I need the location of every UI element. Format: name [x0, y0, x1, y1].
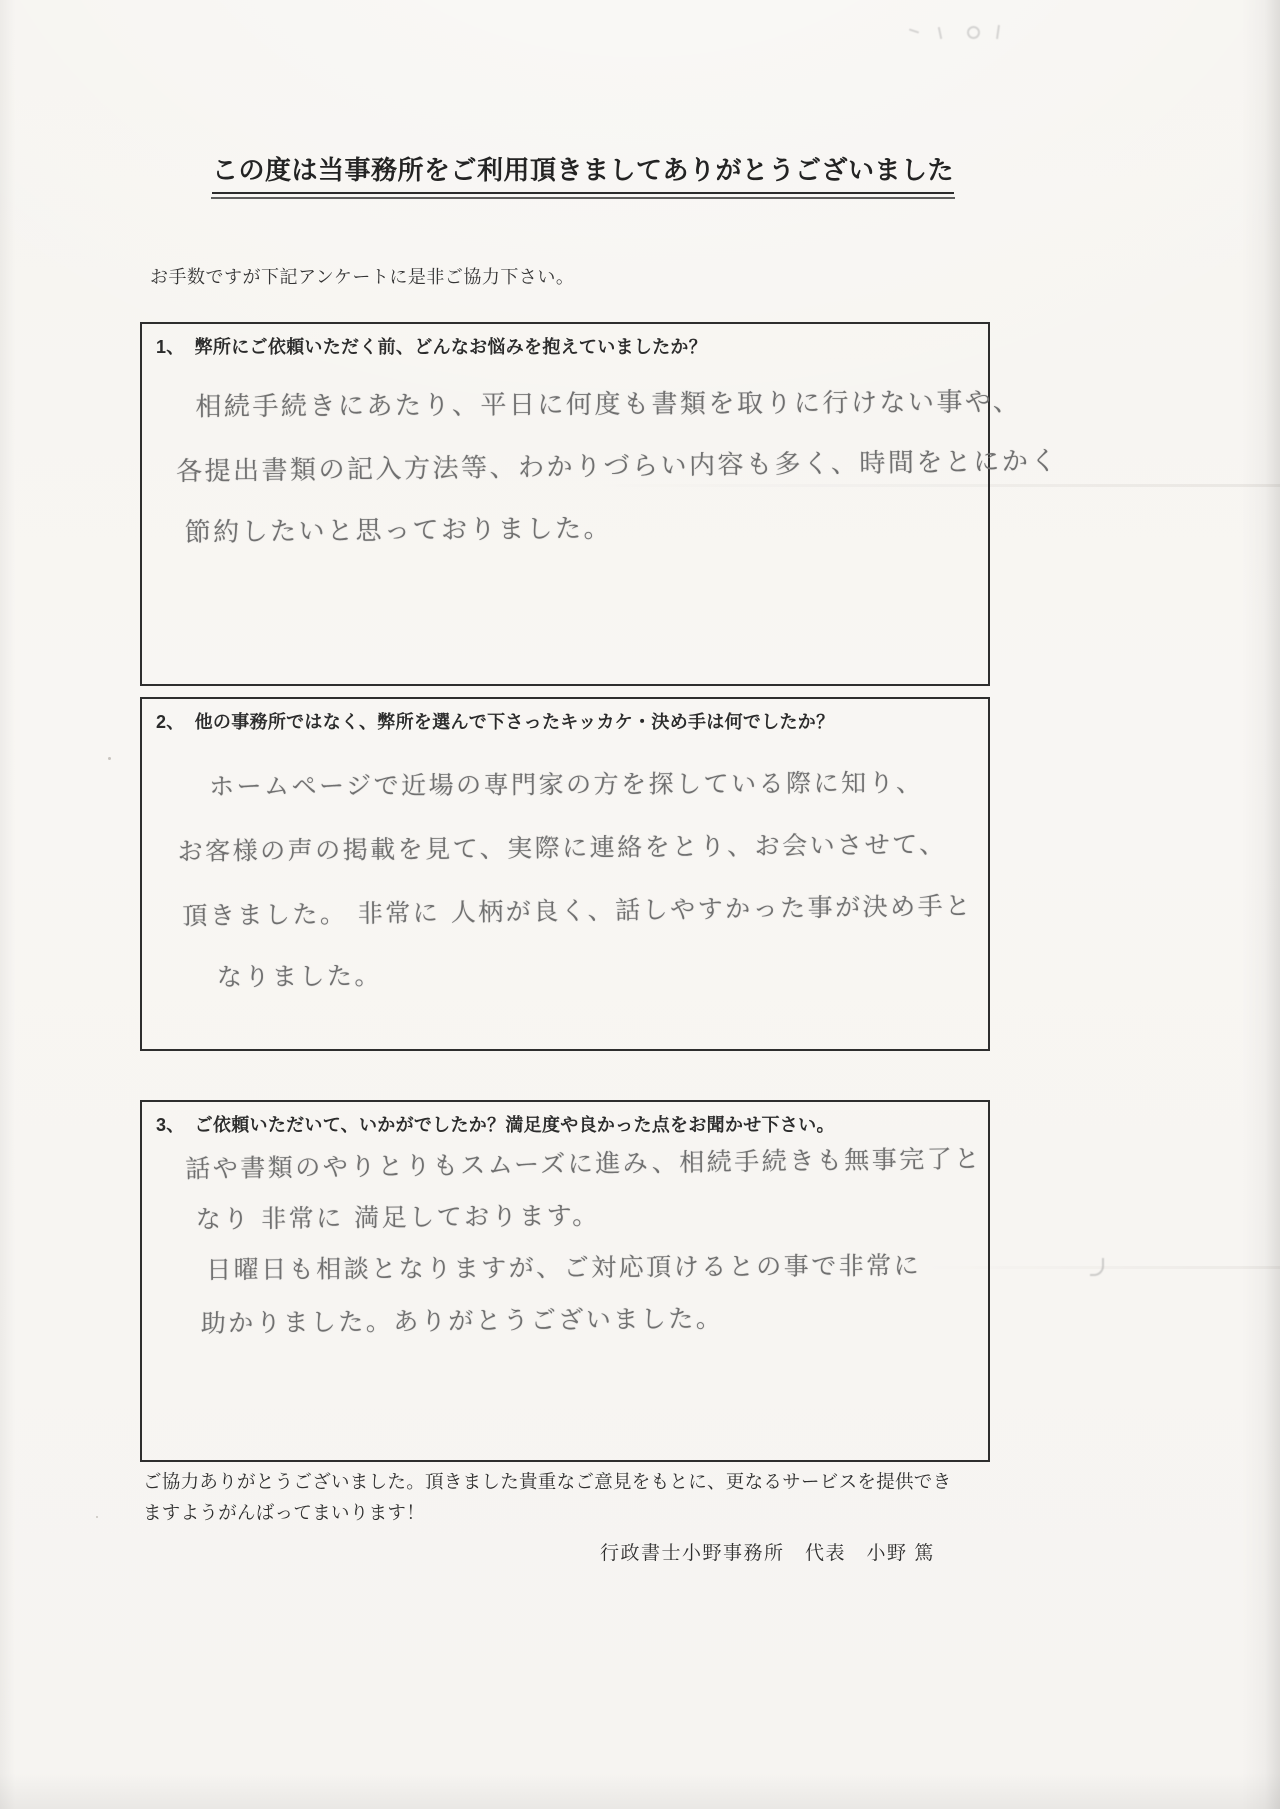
handwritten-answer-3: 話や書類のやりとりもスムーズに進み、相続手続きも無事完了と なり 非常に 満足し… — [167, 1134, 1029, 1350]
scan-speck — [96, 1516, 98, 1518]
closing-note: ご協力ありがとうございました。頂きました貴重なご意見をもとに、更なるサービスを提… — [143, 1466, 1013, 1528]
answer-line: 頂きました。 非常に 人柄が良く、話しやすかった事が決め手と — [182, 873, 1029, 947]
question-box-3: 3、ご依頼いただいて、いかがでしたか？満足度や良かった点をお聞かせ下さい。 話や… — [140, 1100, 990, 1462]
survey-intro: お手数ですが下記アンケートに是非ご協力下さい。 — [150, 263, 574, 289]
scan-smudge — [1090, 1258, 1104, 1276]
answer-line: ホームページで近場の専門家の方を探している際に知り、 — [209, 751, 1027, 818]
closing-line-2: ますようがんばってまいります！ — [143, 1497, 1013, 1528]
page-title: この度は当事務所をご利用頂きましてありがとうございました — [212, 150, 954, 194]
signature: 行政書士小野事務所 代表 小野 篤 — [600, 1538, 935, 1565]
question-box-1: 1、弊所にご依頼いただく前、どんなお悩みを抱えていましたか？ 相続手続きにあたり… — [140, 322, 990, 686]
answer-line: 相続手続きにあたり、平日に何度も書類を取りに行けない事や、 — [195, 371, 1027, 438]
question-1-number: 1、 — [156, 337, 185, 357]
closing-line-1: ご協力ありがとうございました。頂きました貴重なご意見をもとに、更なるサービスを提… — [143, 1466, 1013, 1497]
handwritten-answer-2: ホームページで近場の専門家の方を探している際に知り、 お客様の声の掲載を見て、実… — [167, 749, 1029, 1009]
question-2-text: 他の事務所ではなく、弊所を選んで下さったキッカケ・決め手は何でしたか？ — [195, 712, 835, 732]
answer-line: 日曜日も相談となりますが、ご対応頂けるとの事で非常に — [206, 1239, 1028, 1296]
scan-speck — [108, 757, 111, 760]
question-1-text: 弊所にご依頼いただく前、どんなお悩みを抱えていましたか？ — [195, 337, 707, 357]
answer-line: なりました。 — [217, 938, 1030, 1009]
question-3-label: 3、ご依頼いただいて、いかがでしたか？満足度や良かった点をお聞かせ下さい。 — [156, 1111, 976, 1137]
answer-line: 話や書類のやりとりもスムーズに進み、相続手続きも無事完了と — [185, 1132, 1028, 1195]
question-3-text: ご依頼いただいて、いかがでしたか？満足度や良かった点をお聞かせ下さい。 — [195, 1115, 835, 1135]
question-box-2: 2、他の事務所ではなく、弊所を選んで下さったキッカケ・決め手は何でしたか？ ホー… — [140, 697, 990, 1051]
question-2-number: 2、 — [156, 712, 185, 732]
question-1-label: 1、弊所にご依頼いただく前、どんなお悩みを抱えていましたか？ — [156, 333, 976, 359]
question-3-number: 3、 — [156, 1115, 185, 1135]
answer-line: なり 非常に 満足しております。 — [196, 1186, 1028, 1246]
question-2-label: 2、他の事務所ではなく、弊所を選んで下さったキッカケ・決め手は何でしたか？ — [156, 708, 976, 734]
answer-line: 助かりました。ありがとうございました。 — [201, 1290, 1029, 1350]
handwritten-answer-1: 相続手続きにあたり、平日に何度も書類を取りに行けない事や、 各提出書類の記入方法… — [167, 370, 1029, 564]
scan-smudge — [905, 22, 1020, 48]
answer-line: お客様の声の掲載を見て、実際に連絡をとり、お会いさせて、 — [177, 812, 1028, 883]
answer-line: 節約したいと思っておりました。 — [184, 494, 1029, 564]
answer-line: 各提出書類の記入方法等、わかりづらい内容も多く、時間をとにかく — [176, 431, 1029, 503]
